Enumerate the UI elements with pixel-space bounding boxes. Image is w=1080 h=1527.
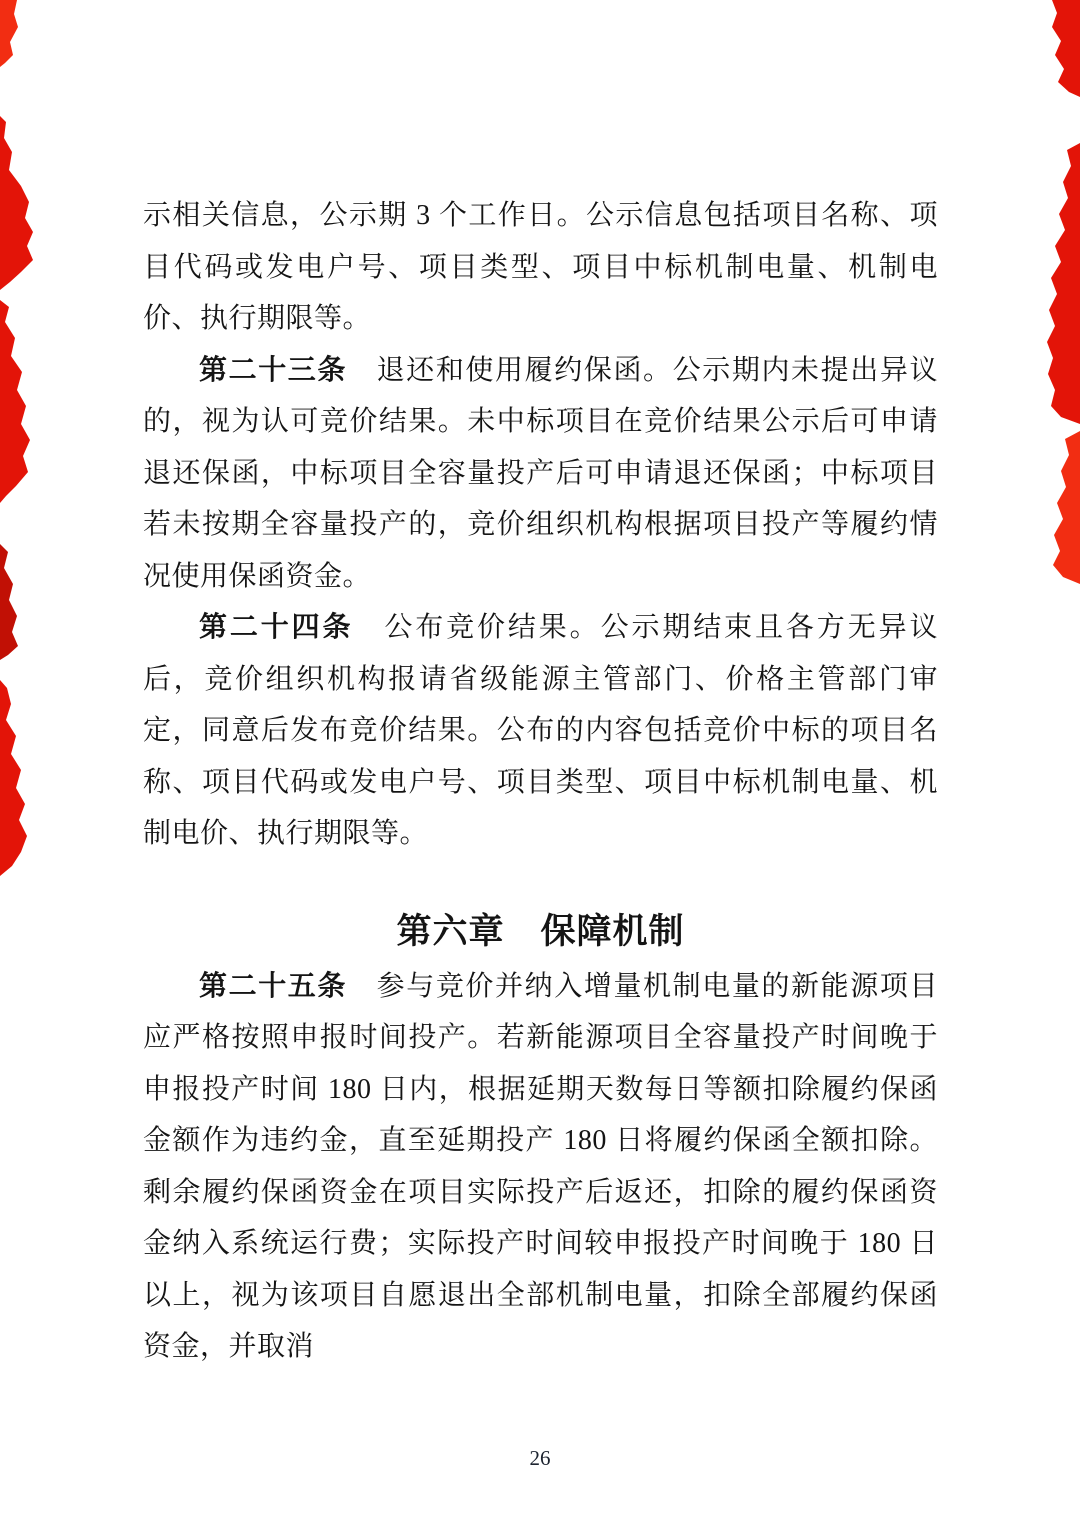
article-23-number: 第二十三条 <box>199 355 347 386</box>
stain-blob <box>1047 143 1080 424</box>
stain-blob <box>1053 431 1080 584</box>
document-page: 示相关信息，公示期 3 个工作日。公示信息包括项目名称、项目代码或发电户号、项目… <box>0 0 1080 1527</box>
chapter-heading: 第六章 保障机制 <box>143 906 938 958</box>
continuation-paragraph: 示相关信息，公示期 3 个工作日。公示信息包括项目名称、项目代码或发电户号、项目… <box>143 190 938 345</box>
article-23-paragraph: 第二十三条 退还和使用履约保函。公示期内未提出异议的，视为认可竞价结果。未中标项… <box>143 345 938 603</box>
stain-blob <box>1052 0 1080 97</box>
article-23-body: 退还和使用履约保函。公示期内未提出异议的，视为认可竞价结果。未中标项目在竞价结果… <box>143 355 938 592</box>
stain-blob <box>0 300 30 503</box>
stain-blob <box>0 116 33 290</box>
article-24-paragraph: 第二十四条 公布竞价结果。公示期结束且各方无异议后，竞价组织机构报请省级能源主管… <box>143 602 938 860</box>
stain-blob <box>0 544 18 660</box>
stain-blob <box>0 0 18 67</box>
article-24-number: 第二十四条 <box>199 612 353 643</box>
document-content: 示相关信息，公示期 3 个工作日。公示信息包括项目名称、项目代码或发电户号、项目… <box>143 190 938 1373</box>
article-25-body: 参与竞价并纳入增量机制电量的新能源项目应严格按照申报时间投产。若新能源项目全容量… <box>143 971 938 1363</box>
page-number: 26 <box>0 1446 1080 1471</box>
red-edge-stain-left <box>0 0 40 880</box>
article-24-body: 公布竞价结果。公示期结束且各方无异议后，竞价组织机构报请省级能源主管部门、价格主… <box>143 612 938 849</box>
article-25-number: 第二十五条 <box>199 971 347 1002</box>
article-25-paragraph: 第二十五条 参与竞价并纳入增量机制电量的新能源项目应严格按照申报时间投产。若新能… <box>143 961 938 1373</box>
stain-blob <box>0 680 27 876</box>
red-edge-stain-right <box>1040 0 1080 590</box>
